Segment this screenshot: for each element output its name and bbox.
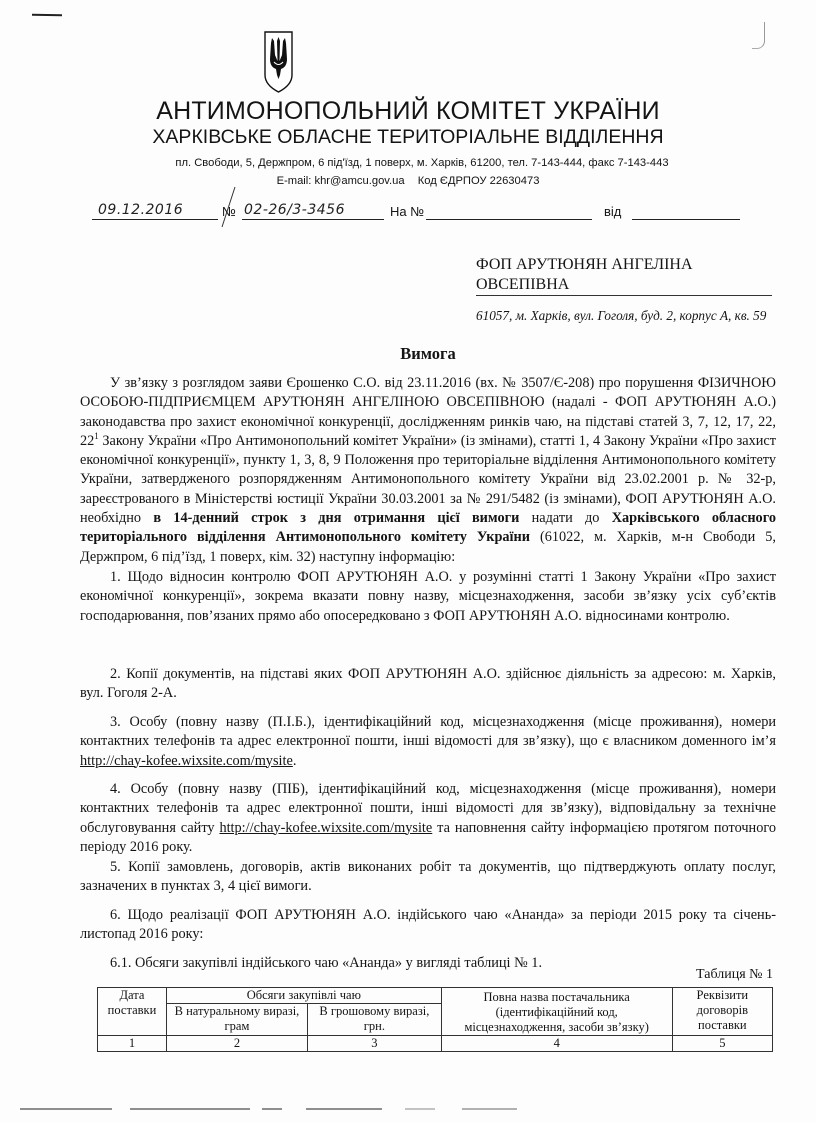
document-page: АНТИМОНОПОЛЬНИЙ КОМІТЕТ УКРАЇНИ ХАРКІВСЬ… <box>0 0 816 1123</box>
item-1-text: 1. Щодо відносин контролю ФОП АРУТЮНЯН А… <box>80 568 776 626</box>
purchase-volumes-table: Дата поставки Обсяги закупівлі чаю Повна… <box>97 987 773 1052</box>
header-monetary: В грошовому виразі, грн. <box>308 1004 442 1036</box>
coat-of-arms-trident-icon <box>264 31 293 93</box>
column-number: 5 <box>672 1036 772 1052</box>
intro-text-3: надати до <box>519 510 611 526</box>
item-6-text: 6. Щодо реалізації ФОП АРУТЮНЯН А.О. інд… <box>80 906 776 945</box>
table-caption: Таблиця № 1 <box>600 967 773 983</box>
recipient-name-line1: ФОП АРУТЮНЯН АНГЕЛІНА <box>476 255 772 275</box>
intro-paragraph: У зв’язку з розглядом заяви Єрошенко С.О… <box>80 374 776 567</box>
item-4: 4. Особу (повну назву (ПІБ), ідентифікац… <box>80 780 776 857</box>
item-2: 2. Копії документів, на підставі яких ФО… <box>80 665 776 704</box>
header-volumes-group: Обсяги закупівлі чаю <box>166 988 441 1004</box>
recipient-name: ФОП АРУТЮНЯН АНГЕЛІНА ОВСЕПІВНА <box>476 255 772 296</box>
scan-artifacts <box>0 1108 816 1114</box>
outgoing-number-value: 02-26/3-3456 <box>244 202 345 218</box>
org-address: пл. Свободи, 5, Держпром, 6 під'їзд, 1 п… <box>0 157 816 169</box>
deadline-text: в 14-денний строк з дня отримання цієї в… <box>153 510 519 526</box>
outgoing-number-label: № <box>222 204 236 219</box>
table-row: 1 2 3 4 5 <box>98 1036 773 1052</box>
item-6: 6. Щодо реалізації ФОП АРУТЮНЯН А.О. інд… <box>80 906 776 945</box>
reply-to-label: На № <box>390 204 424 219</box>
column-number: 1 <box>98 1036 167 1052</box>
registration-line: 09.12.2016 № 02-26/3-3456 На № від <box>92 198 752 224</box>
item-3-text: 3. Особу (повну назву (П.І.Б.), ідентифі… <box>80 714 776 749</box>
org-contacts: E-mail: khr@amcu.gov.ua Код ЄДРПОУ 22630… <box>0 175 816 187</box>
header-contracts: Реквізити договорів поставки <box>672 988 772 1036</box>
item-3-text-end: . <box>293 753 297 769</box>
header-natural: В натуральному виразі, грам <box>166 1004 307 1036</box>
reply-to-field <box>426 199 592 220</box>
header-supplier: Повна назва постачальника (ідентифікацій… <box>441 988 672 1036</box>
column-number: 4 <box>441 1036 672 1052</box>
outgoing-date-value: 09.12.2016 <box>98 202 183 218</box>
org-title: АНТИМОНОПОЛЬНИЙ КОМІТЕТ УКРАЇНИ <box>0 97 816 126</box>
item-2-text: 2. Копії документів, на підставі яких ФО… <box>80 665 776 704</box>
recipient-address: 61057, м. Харків, вул. Гоголя, буд. 2, к… <box>476 306 772 325</box>
org-email: E-mail: khr@amcu.gov.ua <box>277 175 405 187</box>
scan-mark <box>32 14 62 17</box>
outgoing-number-field: 02-26/3-3456 <box>242 199 384 220</box>
header-delivery-date: Дата поставки <box>98 988 167 1036</box>
site-link[interactable]: http://chay-kofee.wixsite.com/mysite <box>219 820 432 836</box>
column-number: 3 <box>308 1036 442 1052</box>
column-number: 2 <box>166 1036 307 1052</box>
item-3: 3. Особу (повну назву (П.І.Б.), ідентифі… <box>80 713 776 771</box>
org-subtitle: ХАРКІВСЬКЕ ОБЛАСНЕ ТЕРИТОРІАЛЬНЕ ВІДДІЛЕ… <box>0 126 816 149</box>
item-1: 1. Щодо відносин контролю ФОП АРУТЮНЯН А… <box>80 568 776 626</box>
site-link[interactable]: http://chay-kofee.wixsite.com/mysite <box>80 753 293 769</box>
recipient-name-line2: ОВСЕПІВНА <box>476 275 772 296</box>
item-5: 5. Копії замовлень, договорів, актів вик… <box>80 858 776 897</box>
item-5-text: 5. Копії замовлень, договорів, актів вик… <box>80 858 776 897</box>
document-title: Вимога <box>0 344 816 364</box>
reply-date-label: від <box>604 204 621 219</box>
org-edrpou: Код ЄДРПОУ 22630473 <box>418 175 540 187</box>
outgoing-date-field: 09.12.2016 <box>92 199 218 220</box>
reply-date-field <box>632 199 740 220</box>
scan-mark-corner <box>752 22 765 49</box>
